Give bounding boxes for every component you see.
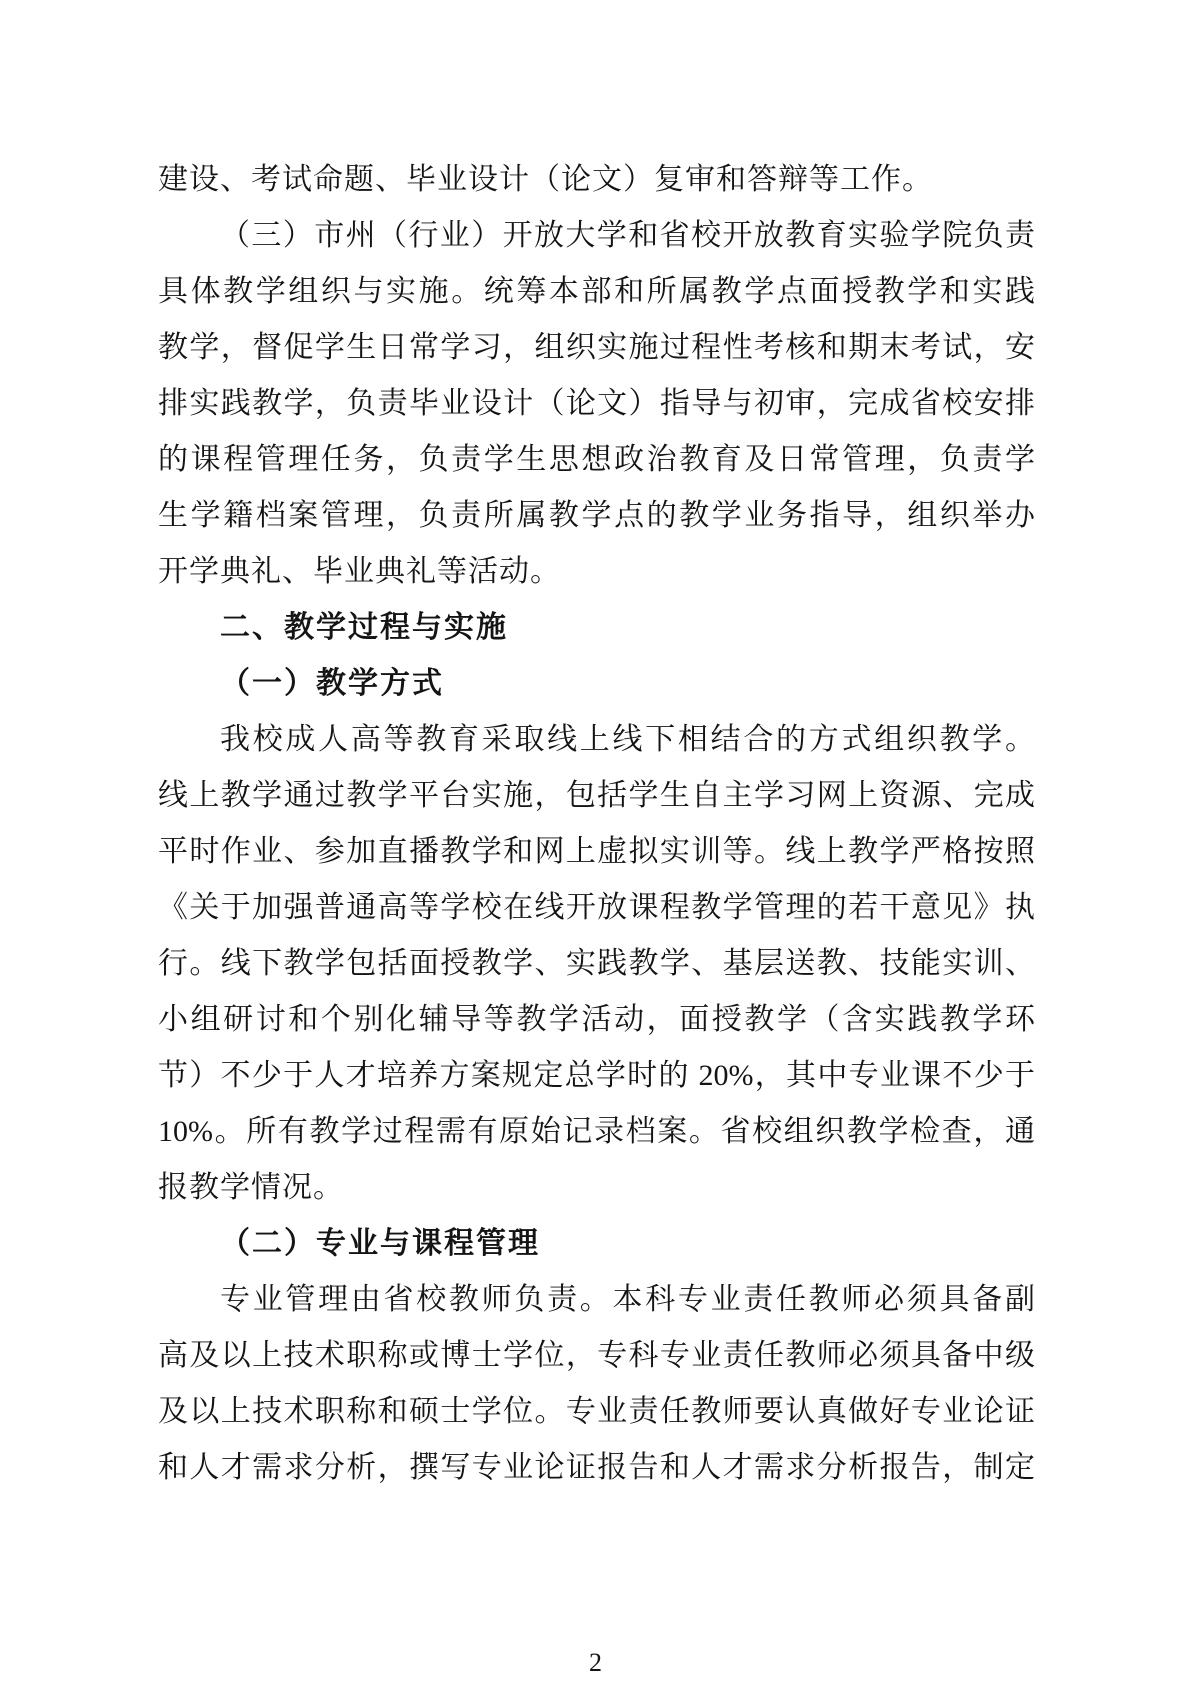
text-line: 及以上技术职称和硕士学位。专业责任教师要认真做好专业论证 [158,1384,1035,1440]
text-line: 10%。所有教学过程需有原始记录档案。省校组织教学检查，通 [158,1104,1035,1160]
text-line: 具体教学组织与实施。统筹本部和所属教学点面授教学和实践 [158,264,1035,320]
text-line: 报教学情况。 [158,1160,1035,1216]
document-page: 建设、考试命题、毕业设计（论文）复审和答辩等工作。（三）市州（行业）开放大学和省… [0,0,1191,1684]
text-line: 线上教学通过教学平台实施，包括学生自主学习网上资源、完成 [158,768,1035,824]
section-heading: （二）专业与课程管理 [158,1216,1035,1272]
text-line: 小组研讨和个别化辅导等教学活动，面授教学（含实践教学环 [158,992,1035,1048]
text-line: 生学籍档案管理，负责所属教学点的教学业务指导，组织举办 [158,488,1035,544]
text-line: （三）市州（行业）开放大学和省校开放教育实验学院负责 [158,208,1035,264]
text-line: 开学典礼、毕业典礼等活动。 [158,544,1035,600]
page-number: 2 [0,1648,1191,1678]
text-line: 《关于加强普通高等学校在线开放课程教学管理的若干意见》执 [158,880,1035,936]
section-heading: 二、教学过程与实施 [158,600,1035,656]
text-line: 我校成人高等教育采取线上线下相结合的方式组织教学。 [158,712,1035,768]
text-line: 教学，督促学生日常学习，组织实施过程性考核和期末考试，安 [158,320,1035,376]
text-line: 的课程管理任务，负责学生思想政治教育及日常管理，负责学 [158,432,1035,488]
text-line: 高及以上技术职称或博士学位，专科专业责任教师必须具备中级 [158,1328,1035,1384]
text-line: 建设、考试命题、毕业设计（论文）复审和答辩等工作。 [158,152,1035,208]
text-line: 节）不少于人才培养方案规定总学时的 20%，其中专业课不少于 [158,1048,1035,1104]
text-line: 和人才需求分析，撰写专业论证报告和人才需求分析报告，制定 [158,1440,1035,1496]
text-line: 专业管理由省校教师负责。本科专业责任教师必须具备副 [158,1272,1035,1328]
text-line: 平时作业、参加直播教学和网上虚拟实训等。线上教学严格按照 [158,824,1035,880]
section-heading: （一）教学方式 [158,656,1035,712]
document-body: 建设、考试命题、毕业设计（论文）复审和答辩等工作。（三）市州（行业）开放大学和省… [158,152,1035,1496]
text-line: 排实践教学，负责毕业设计（论文）指导与初审，完成省校安排 [158,376,1035,432]
text-line: 行。线下教学包括面授教学、实践教学、基层送教、技能实训、 [158,936,1035,992]
